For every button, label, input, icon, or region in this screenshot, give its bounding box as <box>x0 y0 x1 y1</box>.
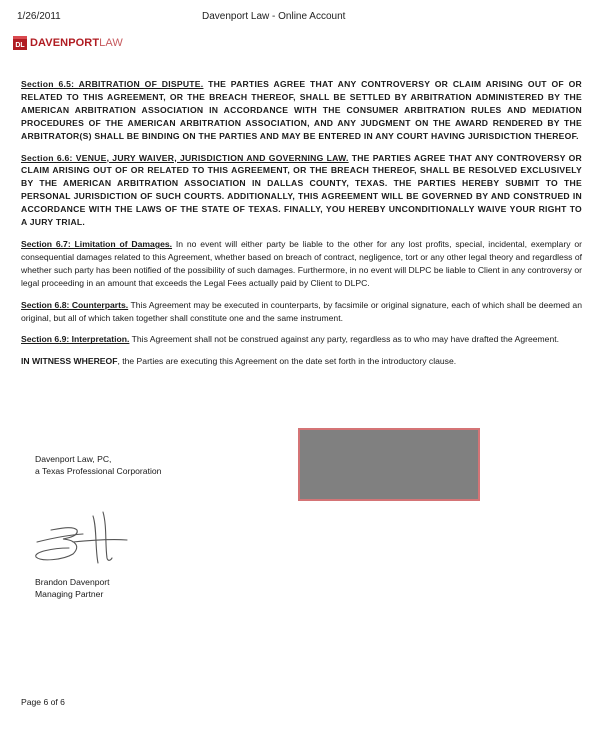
page-number: Page 6 of 6 <box>21 697 65 707</box>
section-heading: Section 6.8: Counterparts. <box>21 300 128 310</box>
signer-firm: Davenport Law, PC, <box>35 453 161 465</box>
logo-wordmark: DAVENPORTLAW <box>30 37 123 49</box>
section-text: THE PARTIES AGREE THAT ANY CONTROVERSY O… <box>21 153 582 228</box>
section-heading: Section 6.9: Interpretation. <box>21 334 129 344</box>
signer-firm-block: Davenport Law, PC, a Texas Professional … <box>35 453 161 477</box>
section-heading: Section 6.5: ARBITRATION OF DISPUTE. <box>21 79 203 89</box>
handwritten-signature-icon <box>33 508 133 568</box>
section-6-7: Section 6.7: Limitation of Damages. In n… <box>21 238 582 290</box>
witness-text: , the Parties are executing this Agreeme… <box>117 356 456 366</box>
section-heading: Section 6.7: Limitation of Damages. <box>21 239 172 249</box>
section-text: This Agreement shall not be construed ag… <box>129 334 559 344</box>
logo-wordmark-light: LAW <box>99 37 123 49</box>
witness-lead: IN WITNESS WHEREOF <box>21 356 117 366</box>
section-6-6: Section 6.6: VENUE, JURY WAIVER, JURISDI… <box>21 152 582 229</box>
signer-firm-description: a Texas Professional Corporation <box>35 465 161 477</box>
logo-mark-icon: DL <box>13 36 27 50</box>
signee-block: Brandon Davenport Managing Partner <box>35 576 110 600</box>
witness-clause: IN WITNESS WHEREOF, the Parties are exec… <box>21 355 582 368</box>
print-title: Davenport Law - Online Account <box>202 11 345 22</box>
section-6-5: Section 6.5: ARBITRATION OF DISPUTE. THE… <box>21 78 582 143</box>
davenport-law-logo: DL DAVENPORTLAW <box>13 36 123 50</box>
print-date: 1/26/2011 <box>17 11 61 22</box>
section-heading: Section 6.6: VENUE, JURY WAIVER, JURISDI… <box>21 153 349 163</box>
signee-title: Managing Partner <box>35 588 110 600</box>
section-6-9: Section 6.9: Interpretation. This Agreem… <box>21 333 582 346</box>
section-6-8: Section 6.8: Counterparts. This Agreemen… <box>21 299 582 325</box>
signee-name: Brandon Davenport <box>35 576 110 588</box>
agreement-body: Section 6.5: ARBITRATION OF DISPUTE. THE… <box>21 78 582 377</box>
logo-wordmark-bold: DAVENPORT <box>30 37 99 49</box>
redacted-signature-box <box>298 428 480 501</box>
